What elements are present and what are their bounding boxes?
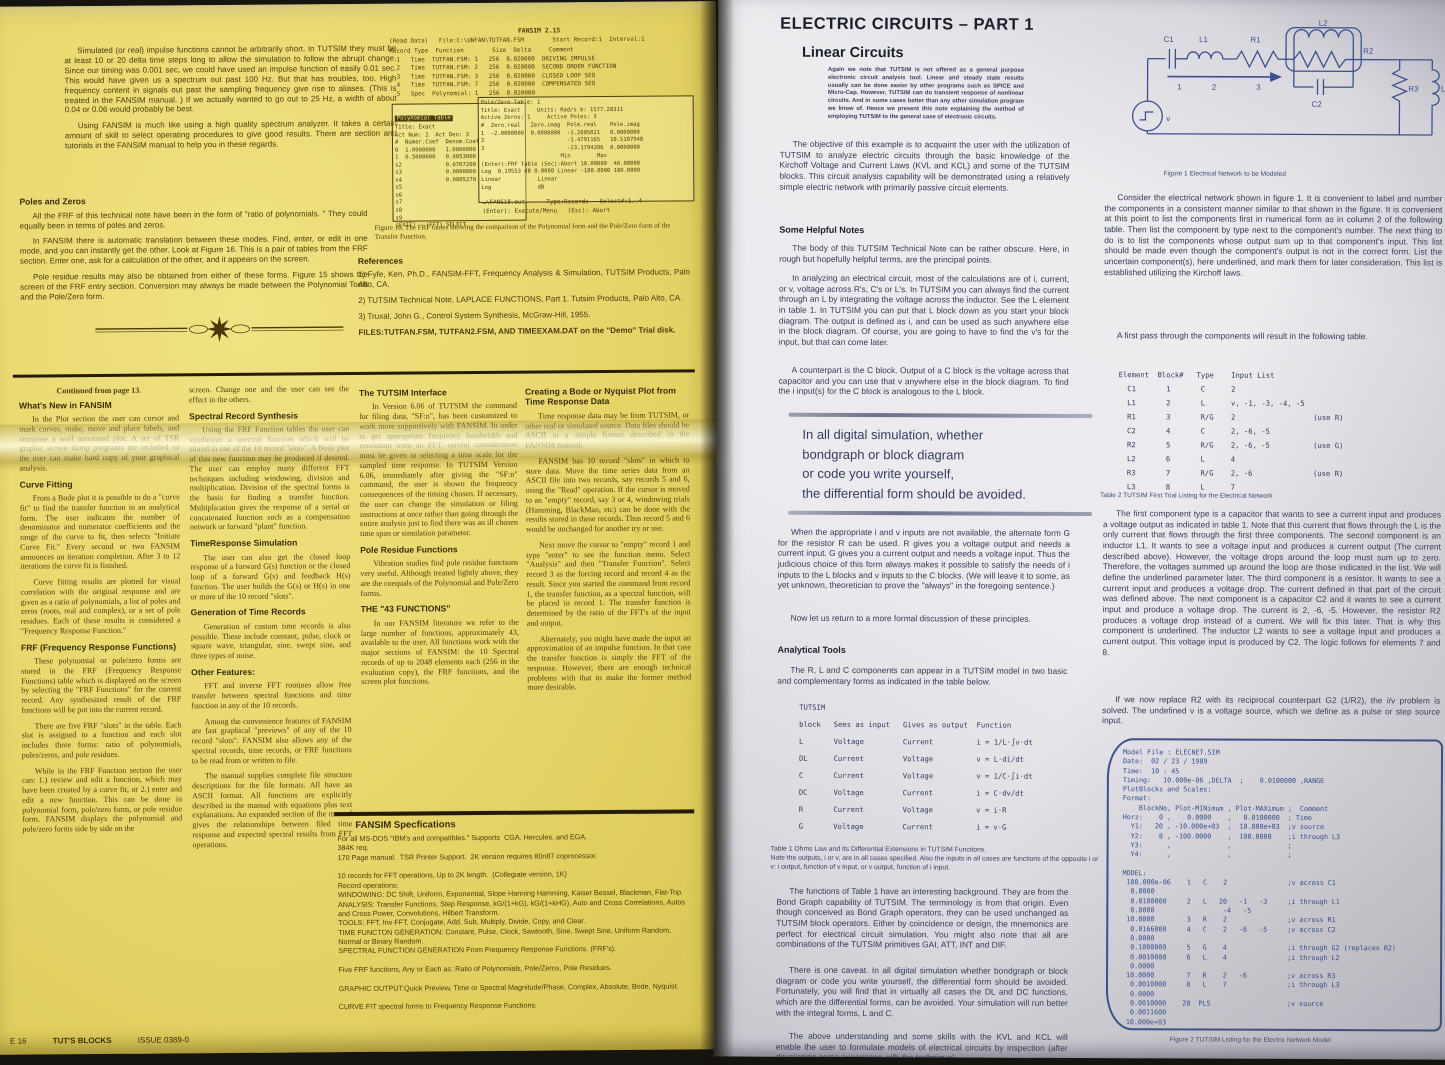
col2-p3: Generation of custom time records is als… xyxy=(191,621,351,661)
specs-section: FANSIM Specfications For all MS-DOS "IBM… xyxy=(337,817,697,1042)
model-listing-body: Model File : ELECNET.SIM Date: 02 / 23 /… xyxy=(1122,748,1441,1028)
intro-paragraph-2: Using FANSIM is much like using a high q… xyxy=(65,119,397,151)
label-source: v xyxy=(1166,114,1170,123)
objective-paragraph: The objective of this example is to acqu… xyxy=(779,139,1069,194)
col2-p1: Using the FRF Function tables the user c… xyxy=(189,424,350,533)
footer-page-number: E 16 xyxy=(10,1037,27,1046)
specs-heading: FANSIM Specfications xyxy=(355,817,695,831)
label-r2: R2 xyxy=(1363,47,1373,56)
closing-p1: The functions of Table 1 have an interes… xyxy=(776,886,1068,951)
after-quote-p2: Now let us return to a more formal discu… xyxy=(778,613,1070,625)
poles-zeros-p1: All the FRF of this technical note have … xyxy=(20,209,368,232)
references-section: References 1) Fyfe, Ken, Ph.D., FANSIM-F… xyxy=(358,249,691,344)
col1-p4: These polynomial or pole/zero forms are … xyxy=(21,656,181,716)
column-1: Continued from page 13. What's New in FA… xyxy=(19,385,184,1022)
other-features-heading: Other Features: xyxy=(191,666,351,678)
references-files-line: FILES:TUTFAN.FSM, TUTFAN2.FSM, AND TIMEE… xyxy=(358,325,690,338)
analytical-tools-heading: Analytical Tools xyxy=(777,645,845,655)
closing-p3: The above understanding and some skills … xyxy=(776,1031,1068,1060)
footer-publication-title: TUT'S BLOCKS xyxy=(53,1036,112,1045)
circuit-diagram-icon: v C1 L1 R1 L2 R2 C2 R3 L3 1 2 3 xyxy=(1118,16,1445,167)
col4-p4: Alternately, you might have made the inp… xyxy=(527,633,691,693)
label-l1: L1 xyxy=(1199,35,1208,44)
col3-p3: In our FANSIM literature we refer to the… xyxy=(361,618,520,687)
polynomial-table-title: Polynomial Table xyxy=(395,115,453,121)
figure1-caption: Figure 1 Electrical Network to be Modele… xyxy=(1164,170,1286,178)
reference-item-1: 1) Fyfe, Ken, Ph.D., FANSIM-FFT, Frequen… xyxy=(358,268,690,290)
quote-line-3: or code you write yourself, xyxy=(802,464,1092,485)
col2-p6: The manual supplies complete file struct… xyxy=(192,770,353,849)
screen-title: FANSIM 2.15 xyxy=(389,25,689,35)
reference-item-3: 3) Truxal, John G., Control System Synth… xyxy=(358,310,690,323)
poles-zeros-section: Poles and Zeros All the FRF of this tech… xyxy=(19,190,368,309)
column-4: Creating a Bode or Nyquist Plot from Tim… xyxy=(525,381,692,808)
table1-body: TUTSIM block Sees as input Gives as outp… xyxy=(799,699,1033,836)
label-c2: C2 xyxy=(1312,100,1322,109)
label-node2: 2 xyxy=(1212,83,1216,92)
screen-record-list: Record Type Function Size Delta Comment … xyxy=(389,45,689,99)
polezero-table-window: Pole/Zero Table: 1 Title: Exact Units: R… xyxy=(478,95,695,203)
page-footer: E 16 TUT'S BLOCKS ISSUE 0389-0 xyxy=(10,1035,189,1045)
right-page: ELECTRIC CIRCUITS – PART 1 Linear Circui… xyxy=(714,0,1445,1060)
quote-line-4: the differential form should be avoided. xyxy=(802,483,1092,504)
poles-zeros-p2: In FANSIM there is automatic translation… xyxy=(20,234,368,266)
polezero-table-body: Pole/Zero Table: 1 Title: Exact Units: R… xyxy=(481,98,692,192)
label-l3: L3 xyxy=(1441,85,1445,94)
col4-p2: FANSIM has 10 record "slots" in which to… xyxy=(525,455,690,534)
table2-caption: Table 2 TUTSIM First Trial Listing for t… xyxy=(1100,492,1272,500)
table1-note: Note the outputs, i or v, are in all cas… xyxy=(770,854,1100,874)
col3-p1: In Version 6.06 of TUTSIM the command fo… xyxy=(359,401,518,539)
time-records-heading: Generation of Time Records xyxy=(191,607,351,619)
left-page: Simulated (or real) impulse functions ca… xyxy=(0,1,724,1055)
specs-body: For all MS-DOS "IBM's and compatibles." … xyxy=(337,831,696,1012)
label-node1: 1 xyxy=(1177,82,1181,91)
column-3: The TUTSIM Interface In Version 6.06 of … xyxy=(359,383,520,810)
43-functions-heading: THE "43 FUNCTIONS" xyxy=(361,603,519,615)
helpful-p1: The body of this TUTSIM Technical Note c… xyxy=(779,243,1069,266)
col2-p5: Among the convenience features of FANSIM… xyxy=(191,716,351,766)
quote-line-1: In all digital simulation, whether xyxy=(802,425,1092,446)
tutsim-interface-heading: The TUTSIM Interface xyxy=(359,387,517,399)
columns-top-rule xyxy=(13,369,695,377)
col1-p1: In the Plot section the user can cursor … xyxy=(19,414,179,474)
lead-abstract: Again we note that TUTSIM is not offered… xyxy=(828,67,1024,122)
photographed-newsletter: Simulated (or real) impulse functions ca… xyxy=(0,0,1445,1065)
col2-p2: The user can also get the closed loop re… xyxy=(190,552,350,602)
references-heading: References xyxy=(358,253,690,266)
footer-issue: ISSUE 0389-0 xyxy=(138,1035,189,1044)
reference-item-2: 2) TUTSIM Technical Note, LAPLACE FUNCTI… xyxy=(358,294,690,307)
model-listing-box: Model File : ELECNET.SIM Date: 02 / 23 /… xyxy=(1106,738,1443,1031)
col1-p6: While in the FRF Function section the us… xyxy=(22,765,183,835)
label-node3: 3 xyxy=(1256,83,1261,92)
frf-heading: FRF (Frequency Response Functions) xyxy=(21,641,181,653)
consider-p1: Consider the electrical network shown in… xyxy=(1104,192,1442,279)
closing-p2: There is one caveat. In all digital simu… xyxy=(776,965,1068,1020)
consider-p2: A first pass through the components will… xyxy=(1104,330,1442,342)
col4-p1: Time response data may be from TUTSIM, o… xyxy=(525,410,689,450)
helpful-p2: In analyzing an electrical circuit, most… xyxy=(779,273,1069,349)
quote-line-2: bondgraph or block diagram xyxy=(802,444,1092,465)
divider-ornament xyxy=(93,310,345,348)
bode-nyquist-heading: Creating a Bode or Nyquist Plot from Tim… xyxy=(525,385,689,407)
starburst-divider-icon xyxy=(93,310,345,348)
poles-zeros-heading: Poles and Zeros xyxy=(19,194,367,207)
helpful-notes-heading: Some Helpful Notes xyxy=(779,225,864,235)
analytical-intro: The R, L and C components can appear in … xyxy=(777,665,1067,688)
helpful-p3: A counterpart is the C block. Output of … xyxy=(779,365,1069,398)
spectral-synthesis-heading: Spectral Record Synthesis xyxy=(189,410,349,422)
label-r3: R3 xyxy=(1408,84,1419,93)
after-quote-p1: When the appropriate i and v inputs are … xyxy=(778,527,1070,592)
specs-top-rule xyxy=(334,809,694,816)
circuit-figure: v C1 L1 R1 L2 R2 C2 R3 L3 1 2 3 xyxy=(1118,16,1445,167)
col1-p3: Curve fitting results are plotted for vi… xyxy=(20,577,180,637)
col1-p5: There are five FRF "slots" in the table.… xyxy=(22,720,182,760)
article-subtitle: Linear Circuits xyxy=(802,45,904,61)
intro-block: Simulated (or real) impulse functions ca… xyxy=(64,44,397,158)
article-title: ELECTRIC CIRCUITS – PART 1 xyxy=(780,15,1034,35)
fansim-screen-figure: FANSIM 2.15 (Read Data) File:C:\UNFAN\TU… xyxy=(389,25,690,219)
col2-p4: FFT and inverse FFT routines allow free … xyxy=(191,680,351,711)
poles-zeros-p3: Pole residue results may also be obtaine… xyxy=(20,270,368,302)
quote-bottom-rule xyxy=(788,511,1092,516)
timeresponse-heading: TimeResponse Simulation xyxy=(190,537,350,549)
intro-paragraph-1: Simulated (or real) impulse functions ca… xyxy=(64,44,397,116)
curve-fitting-heading: Curve Fitting xyxy=(20,478,180,490)
label-l2: L2 xyxy=(1319,19,1328,28)
col1-p2: From a Bode plot it is possible to do a … xyxy=(20,493,181,572)
screen-figure-caption: Figure 16. The FRF tables showing the co… xyxy=(375,221,691,242)
table1-caption-block: Table 1 Ohms Law and Its Differential Ex… xyxy=(770,845,1100,874)
col4-p3: Next move the cursor to "empty" record 1… xyxy=(526,539,691,628)
label-r1: R1 xyxy=(1251,35,1261,44)
figure2-caption: Figure 2 TUTSIM Listing for the Electric… xyxy=(1170,1036,1331,1044)
col2-p0: screen. Change one and the user can see … xyxy=(189,384,349,405)
element-table-body: Element Block# Type Input List C1 1 C 2 … xyxy=(1118,368,1344,495)
analysis-p2: If we now replace R2 with its reciprocal… xyxy=(1102,694,1440,727)
screen-header-line: (Read Data) File:C:\UNFAN\TUTFAN.FSM Sta… xyxy=(389,36,689,44)
column-2: screen. Change one and the user can see … xyxy=(189,384,354,1021)
analysis-p1: The first component type is a capacitor … xyxy=(1102,508,1441,659)
pole-residue-heading: Pole Residue Functions xyxy=(360,544,518,556)
label-c1: C1 xyxy=(1164,35,1174,44)
continued-note: Continued from page 13. xyxy=(19,385,179,396)
whats-new-heading: What's New in FANSIM xyxy=(19,399,179,411)
screen-status-lines: …\FANS18.out Type:Records Select#:1..4 (… xyxy=(482,198,642,217)
col3-p2: Vibration studies find pole residue func… xyxy=(360,558,518,598)
pull-quote: In all digital simulation, whether bondg… xyxy=(788,413,1092,516)
